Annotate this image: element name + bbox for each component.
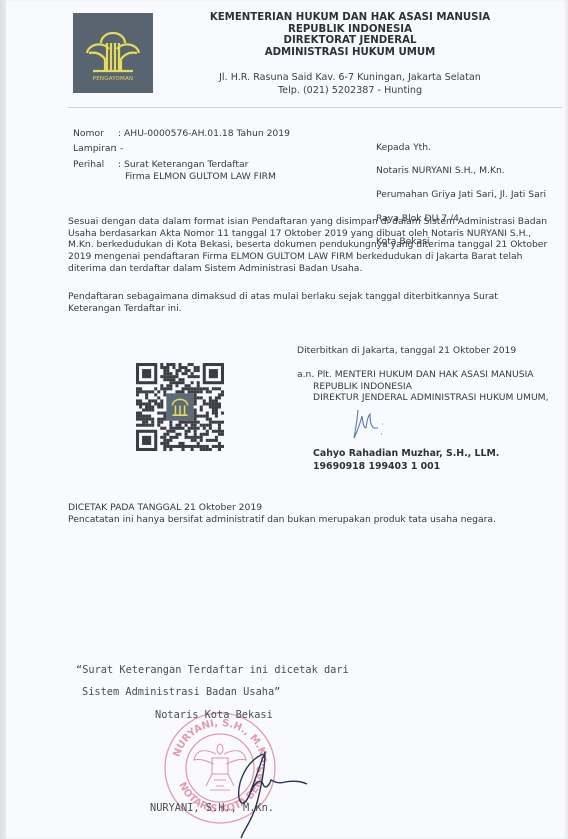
document-page bbox=[6, 0, 568, 839]
body-paragraph-2: Pendaftaran sebagaimana dimaksud di atas… bbox=[68, 291, 548, 314]
header-divider bbox=[68, 107, 562, 108]
body-paragraph-1: Sesuai dengan data dalam format isian Pe… bbox=[68, 216, 548, 275]
signer-name: Cahyo Rahadian Muzhar, S.H., LLM. bbox=[313, 448, 499, 461]
notary-location: Notaris Kota Bekasi bbox=[155, 709, 273, 721]
on-behalf-line: a.n. Plt. MENTERI HUKUM DAN HAK ASASI MA… bbox=[297, 369, 549, 381]
nomor-label: Nomor bbox=[73, 128, 104, 140]
perihal-label: Perihal bbox=[73, 159, 104, 171]
ministry-name: KEMENTERIAN HUKUM DAN HAK ASASI MANUSIA bbox=[200, 12, 500, 24]
letterhead-title: KEMENTERIAN HUKUM DAN HAK ASASI MANUSIA … bbox=[200, 12, 500, 58]
on-behalf-line: DIREKTUR JENDERAL ADMINISTRASI HUKUM UMU… bbox=[297, 392, 549, 404]
notary-quote-line-1: “Surat Keterangan Terdaftar ini dicetak … bbox=[76, 664, 349, 676]
signer: Cahyo Rahadian Muzhar, S.H., LLM. 196909… bbox=[313, 448, 499, 473]
directorate-name: DIREKTORAT JENDERAL bbox=[200, 35, 500, 47]
printed-date: DICETAK PADA TANGGAL 21 Oktober 2019 bbox=[68, 502, 496, 514]
perihal-value-firm: Firma ELMON GULTOM LAW FIRM bbox=[125, 171, 276, 183]
disclaimer: Pencatatan ini hanya bersifat administra… bbox=[68, 514, 496, 526]
lampiran-value: : - bbox=[114, 143, 123, 155]
recipient-line: Notaris NURYANI S.H., M.Kn. bbox=[376, 165, 546, 177]
letter-meta: Nomor : AHU-0000576-AH.01.18 Tahun 2019 … bbox=[0, 128, 360, 188]
nomor-value: : AHU-0000576-AH.01.18 Tahun 2019 bbox=[118, 128, 290, 140]
qr-code-icon bbox=[136, 363, 224, 451]
recipient-line: Kepada Yth. bbox=[376, 142, 546, 154]
director-signature-icon bbox=[348, 406, 388, 442]
notary-quote-line-2: Sistem Administrasi Badan Usaha” bbox=[82, 686, 280, 698]
letterhead-address: Jl. H.R. Rasuna Said Kav. 6-7 Kuningan, … bbox=[200, 71, 500, 97]
phone-line: Telp. (021) 5202387 - Hunting bbox=[200, 84, 500, 97]
on-behalf-line: REPUBLIK INDONESIA bbox=[297, 381, 549, 393]
lampiran-label: Lampiran bbox=[73, 143, 116, 155]
ministry-logo: PENGAYOMAN bbox=[73, 13, 153, 93]
print-info: DICETAK PADA TANGGAL 21 Oktober 2019 Pen… bbox=[68, 502, 496, 526]
on-behalf-of: a.n. Plt. MENTERI HUKUM DAN HAK ASASI MA… bbox=[297, 369, 549, 404]
logo-label: PENGAYOMAN bbox=[73, 76, 153, 82]
country-name: REPUBLIK INDONESIA bbox=[200, 24, 500, 36]
address-line: Jl. H.R. Rasuna Said Kav. 6-7 Kuningan, … bbox=[200, 71, 500, 84]
recipient-line: Perumahan Griya Jati Sari, Jl. Jati Sari bbox=[376, 189, 546, 201]
signer-nip: 19690918 199403 1 001 bbox=[313, 461, 499, 474]
perihal-value: : Surat Keterangan Terdaftar bbox=[118, 159, 248, 171]
notary-signature-icon bbox=[215, 740, 315, 839]
issued-place-date: Diterbitkan di Jakarta, tanggal 21 Oktob… bbox=[297, 345, 516, 356]
directorate-subname: ADMINISTRASI HUKUM UMUM bbox=[200, 47, 500, 59]
